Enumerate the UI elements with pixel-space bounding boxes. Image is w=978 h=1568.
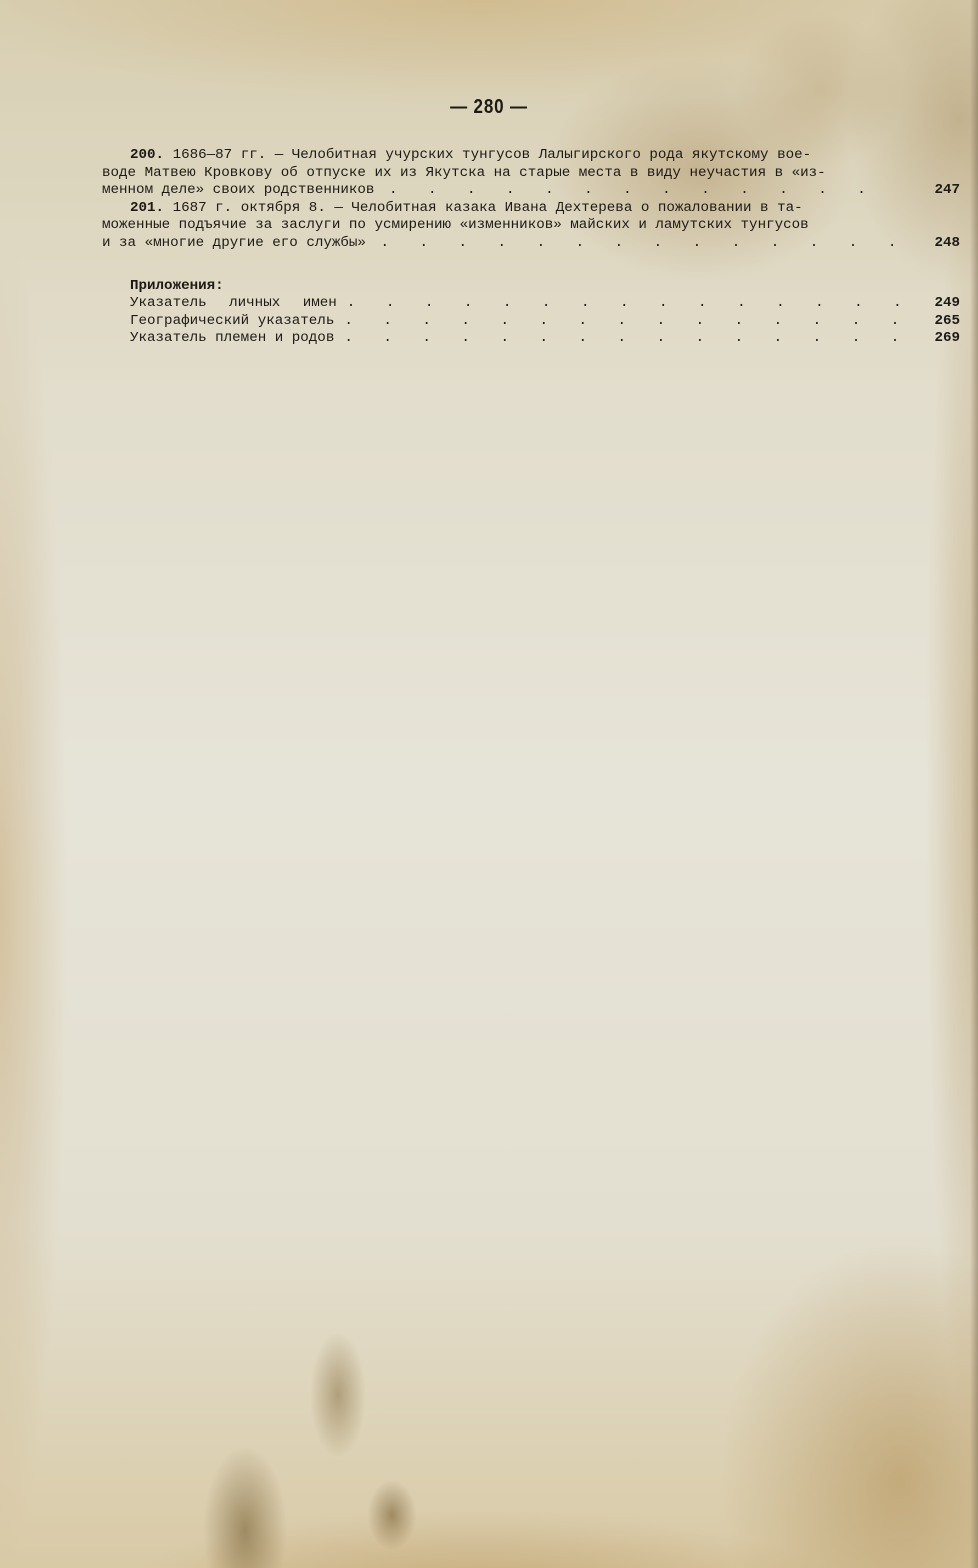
dot-leader: . . . . . . . . . . . . . . . . . . . . … xyxy=(344,313,914,331)
toc-entry-201[interactable]: 201. 1687 г. октября 8. — Челобитная каз… xyxy=(130,200,960,253)
scanned-page: — 280 — 200. 1686—87 гг. — Челобитная уч… xyxy=(0,0,978,1568)
page-reference: 247 xyxy=(920,182,960,200)
entry-number: 201. xyxy=(130,200,164,216)
page-reference: 248 xyxy=(920,235,960,253)
entry-number: 200. xyxy=(130,147,164,163)
page-reference: 269 xyxy=(920,330,960,348)
toc-entry-line: и за «многие другие его службы» . . . . … xyxy=(102,235,894,253)
appendix-item-tribes-index[interactable]: Указатель племен и родов . . . . . . . .… xyxy=(130,330,960,348)
toc-entry-line: 200. 1686—87 гг. — Челобитная учурских т… xyxy=(130,147,894,165)
toc-entry-line: моженные подъячие за заслуги по усмирени… xyxy=(102,217,894,235)
toc-entry-line: 201. 1687 г. октября 8. — Челобитная каз… xyxy=(130,200,894,218)
appendix-item-label: Географический указатель xyxy=(130,313,334,331)
dot-leader: . . . . . . . . . . . . . . . . . . . . … xyxy=(389,182,894,198)
page-reference: 249 xyxy=(920,295,960,313)
appendix-item-geographic-index[interactable]: Географический указатель . . . . . . . .… xyxy=(130,313,960,331)
toc-entry-line: воде Матвею Кровкову об отпуске их из Як… xyxy=(102,165,894,183)
appendix-section: Приложения: Указатель личных имен . . . … xyxy=(130,278,960,348)
toc-entry-200[interactable]: 200. 1686—87 гг. — Челобитная учурских т… xyxy=(130,147,960,200)
page-edge-shadow xyxy=(970,0,978,1568)
page-number: — 280 — xyxy=(73,96,904,119)
toc-entry-line: менном деле» своих родственников . . . .… xyxy=(102,182,894,200)
table-of-contents: 200. 1686—87 гг. — Челобитная учурских т… xyxy=(130,147,960,348)
page-reference: 265 xyxy=(920,313,960,331)
dot-leader: . . . . . . . . . . . . . . . . . . . . … xyxy=(344,330,914,348)
appendix-item-label: Указатель личных имен xyxy=(130,295,337,313)
appendix-item-label: Указатель племен и родов xyxy=(130,330,334,348)
appendix-item-personal-names-index[interactable]: Указатель личных имен . . . . . . . . . … xyxy=(130,295,960,313)
appendix-heading: Приложения: xyxy=(130,278,960,296)
dot-leader: . . . . . . . . . . . . . . . . . . . . … xyxy=(380,235,894,251)
dot-leader: . . . . . . . . . . . . . . . . . . . . … xyxy=(347,295,914,313)
